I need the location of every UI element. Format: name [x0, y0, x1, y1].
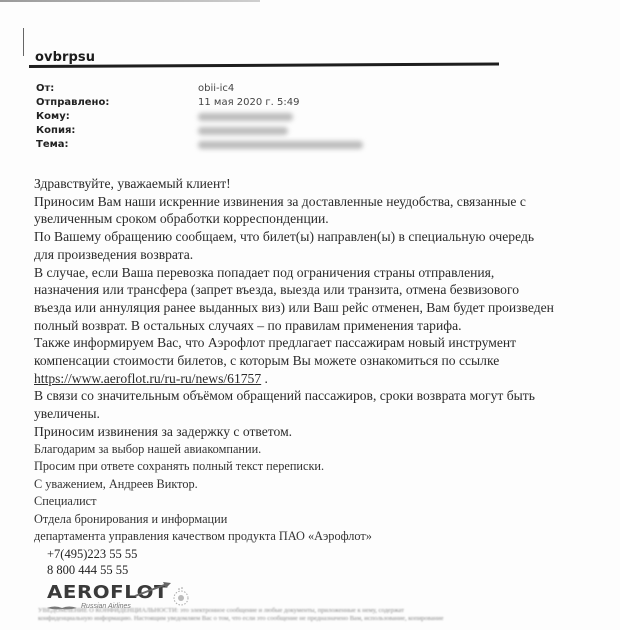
header-label: Тема: — [36, 138, 69, 152]
header-label: От: — [36, 82, 54, 96]
contacts: +7(495)223 55 55 8 800 444 55 55 — [47, 546, 137, 578]
department-line-1: Отдела бронирования и информации — [34, 511, 614, 529]
link-line: https://www.aeroflot.ru/ru-ru/news/61757… — [34, 370, 614, 388]
phone-moscow: +7(495)223 55 55 — [47, 546, 137, 562]
header-label: Кому: — [36, 110, 70, 124]
title-divider — [29, 63, 499, 68]
header-value-subject-redacted — [198, 138, 363, 152]
disclaimer-line-2: конфиденциальную информацию. Настоящим у… — [38, 615, 598, 623]
header-label: Отправлено: — [36, 96, 109, 110]
scan-edge — [0, 0, 260, 2]
header-value-from: obii-ic4 — [198, 82, 234, 96]
link-suffix: . — [261, 371, 268, 386]
confidentiality-notice: УВЕДОМЛЕНИЕ О КОНФИДЕНЦИАЛЬНОСТИ: это эл… — [38, 607, 598, 623]
logo-arrow-icon — [133, 580, 173, 598]
skyteam-emblem-icon — [170, 586, 192, 608]
header-label: Копия: — [36, 124, 75, 138]
paragraph-compensation: Также информируем Вас, что Аэрофлот пред… — [34, 334, 614, 369]
aeroflot-logo: AEROFLOT Russian Airlines — [47, 582, 157, 603]
sender-title: ovbrpsu — [35, 50, 95, 65]
paragraph-apology: Приносим Вам наши искренние извинения за… — [34, 193, 614, 228]
thanks-line: Благодарим за выбор нашей авиакомпании. — [34, 441, 614, 459]
signature: Благодарим за выбор нашей авиакомпании. … — [34, 441, 614, 546]
email-body: Здравствуйте, уважаемый клиент! Приносим… — [34, 175, 614, 546]
header-value-sent: 11 мая 2020 г. 5:49 — [198, 96, 299, 110]
paragraph-sorry: Приносим извинения за задержку с ответом… — [34, 423, 614, 441]
paragraph-refund-conditions: В случае, если Ваша перевозка попадает п… — [34, 264, 614, 335]
greeting: Здравствуйте, уважаемый клиент! — [34, 175, 614, 193]
header-value-to-redacted — [198, 110, 293, 124]
position-line: Специалист — [34, 493, 614, 511]
disclaimer-line-1: УВЕДОМЛЕНИЕ О КОНФИДЕНЦИАЛЬНОСТИ: это эл… — [38, 607, 598, 615]
department-line-2: департамента управления качеством продук… — [34, 528, 614, 546]
paragraph-queue: По Вашему обращению сообщаем, что билет(… — [34, 228, 614, 263]
news-link[interactable]: https://www.aeroflot.ru/ru-ru/news/61757 — [34, 371, 261, 386]
paragraph-delay: В связи со значительным объёмом обращени… — [34, 387, 614, 422]
header-value-cc-redacted — [198, 124, 288, 138]
margin-mark — [23, 28, 24, 56]
phone-hotline: 8 800 444 55 55 — [47, 562, 137, 578]
regards-line: С уважением, Андреев Виктор. — [34, 476, 614, 494]
request-line: Просим при ответе сохранять полный текст… — [34, 458, 614, 476]
